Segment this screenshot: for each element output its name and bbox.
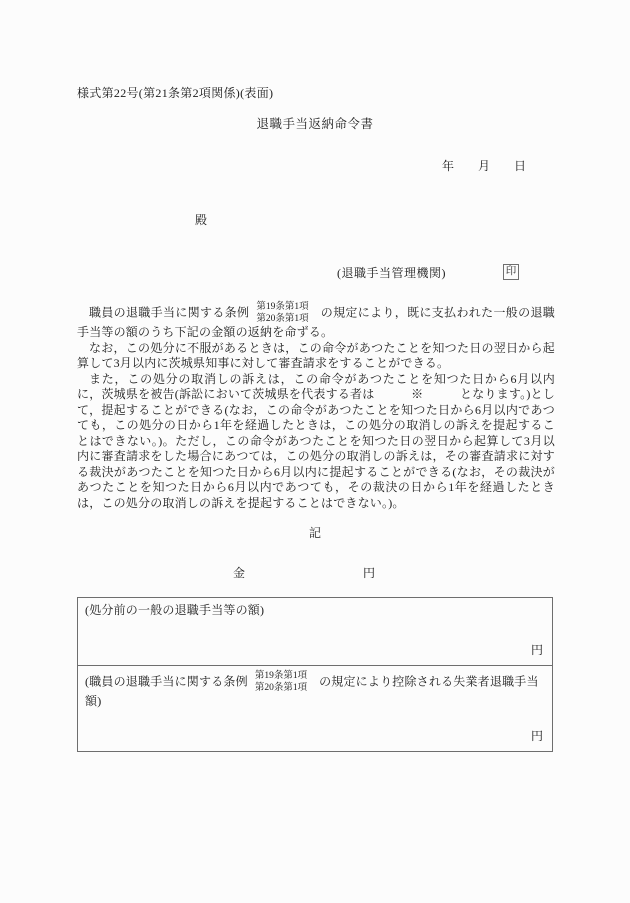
row2-clause-stack: 第19条第1項第20条第1項 [255,671,307,694]
clause-article-20: 第20条第1項 [256,314,308,326]
document-page: 様式第22号(第21条第2項関係)(表面) 退職手当返納命令書 年 月 日 殿 … [0,0,630,903]
table-row-unemployment-deduction: (職員の退職手当に関する条例第19条第1項第20条第1項の規定により控除される失… [78,666,552,751]
date-line: 年 月 日 [442,157,526,174]
row2-label-before: (職員の退職手当に関する条例 [85,674,248,688]
paragraph-appeal-notice: なお，この処分に不服があるときは，この命令があつたことを知つた日の翌日から起算し… [77,341,555,372]
document-title: 退職手当返納命令書 [0,114,630,132]
paragraph-lawsuit-notice: また，この処分の取消しの訴えは，この命令があつたことを知つた日から6月以内に，茨… [77,372,555,512]
row2-label: (職員の退職手当に関する条例第19条第1項第20条第1項の規定により控除される失… [78,666,552,710]
form-number: 様式第22号(第21条第2項関係)(表面) [77,84,273,101]
clause-stack: 第19条第1項第20条第1項 [256,302,308,325]
para1-before: 職員の退職手当に関する条例 [89,305,249,319]
table-row-pre-disposition-amount: (処分前の一般の退職手当等の額) 円 [78,598,552,666]
ki-marker: 記 [0,524,630,541]
addressee-dono: 殿 [195,211,207,228]
row1-yen-unit: 円 [531,643,543,659]
row2-clause-article-20: 第20条第1項 [255,683,307,695]
row2-yen-unit: 円 [531,729,543,745]
amount-yen-label: 円 [363,564,375,581]
issuer-label: (退職手当管理機関) [337,264,446,281]
paragraph-return-order: 職員の退職手当に関する条例第19条第1項第20条第1項の規定により，既に支払われ… [77,302,555,341]
seal-stamp-box: 印 [503,264,519,280]
body-text: 職員の退職手当に関する条例第19条第1項第20条第1項の規定により，既に支払われ… [77,302,555,511]
row2-clause-article-19: 第19条第1項 [255,671,307,683]
amount-kin-label: 金 [233,564,245,581]
amount-table: (処分前の一般の退職手当等の額) 円 (職員の退職手当に関する条例第19条第1項… [77,597,553,752]
clause-article-19: 第19条第1項 [256,302,308,314]
row1-label: (処分前の一般の退職手当等の額) [78,598,552,619]
